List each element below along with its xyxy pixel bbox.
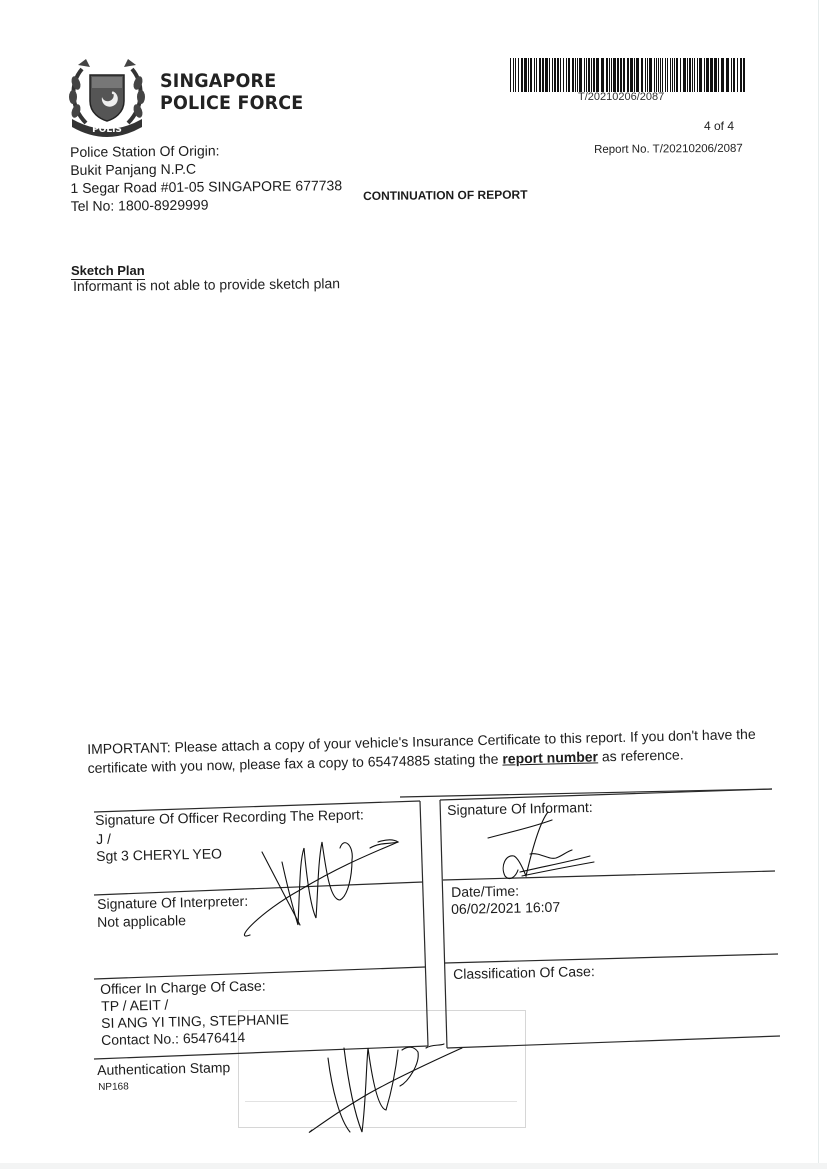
org-name-line2: POLICE FORCE [160, 92, 303, 114]
authentication-stamp-label: Authentication Stamp [97, 1059, 230, 1078]
notice-text-end: as reference. [598, 746, 684, 764]
form-code: NP168 [98, 1079, 129, 1096]
interpreter-label: Signature Of Interpreter: [97, 893, 248, 912]
officer-signature-icon [244, 840, 398, 936]
officer-recording-line1: J / [96, 831, 111, 847]
organization-name: SINGAPORE POLICE FORCE [160, 70, 303, 114]
page-count: 4 of 4 [704, 119, 734, 133]
station-address: 1 Segar Road #01-05 SINGAPORE 677738 [70, 176, 342, 197]
barcode-text: T/20210206/2087 [578, 91, 664, 103]
officer-in-charge-label: Officer In Charge Of Case: [100, 978, 266, 997]
station-of-origin: Police Station Of Origin: Bukit Panjang … [70, 140, 342, 215]
barcode [510, 58, 745, 92]
officer-in-charge-contact: Contact No.: 65476414 [101, 1029, 245, 1048]
officer-recording-name: Sgt 3 CHERYL YEO [96, 845, 222, 864]
officer-in-charge-unit: TP / AEIT / [101, 997, 169, 1014]
police-crest-icon: POLIS [66, 57, 148, 137]
date-time-label: Date/Time: [451, 883, 519, 900]
date-time-value: 06/02/2021 16:07 [451, 899, 560, 917]
notice-emphasis: report number [502, 748, 598, 766]
report-number: Report No. T/20210206/2087 [594, 143, 743, 156]
informant-signature-label: Signature Of Informant: [447, 799, 593, 818]
informant-signature-icon [488, 812, 594, 878]
authentication-stamp-box [238, 1010, 526, 1128]
important-notice: IMPORTANT: Please attach a copy of your … [87, 724, 778, 778]
station-tel: Tel No: 1800-8929999 [71, 194, 343, 215]
classification-label: Classification Of Case: [453, 963, 595, 982]
document-title: CONTINUATION OF REPORT [363, 188, 528, 203]
interpreter-value: Not applicable [97, 912, 186, 930]
page-edge [0, 1163, 827, 1169]
svg-text:POLIS: POLIS [92, 125, 122, 135]
sketch-plan-text: Informant is not able to provide sketch … [73, 275, 340, 294]
page-edge [818, 0, 819, 1169]
org-name-line1: SINGAPORE [160, 70, 303, 92]
stamp-divider [245, 1101, 517, 1102]
officer-recording-label: Signature Of Officer Recording The Repor… [95, 806, 364, 828]
